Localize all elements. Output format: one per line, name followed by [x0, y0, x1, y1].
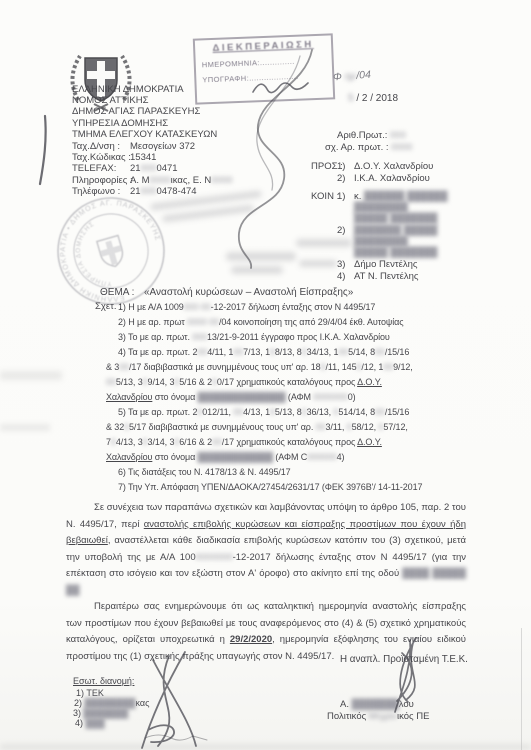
- dispatch-stamp-date-row: ΗΜΕΡΟΜΗΝΙΑ:..............: [202, 55, 332, 69]
- reference-line: 6) Τις διατάξεις του Ν. 4178/13 & Ν. 449…: [106, 465, 516, 480]
- cc-row: █████ ███████: [354, 247, 437, 258]
- references-list: 1) Η με Α/Α 1009000 00-12-2017 δήλωση έν…: [106, 300, 516, 495]
- margin-pen-stroke: [40, 116, 46, 184]
- dispatch-stamp-signature-row: ΥΠΟΓΡΑΦΗ:....................: [202, 70, 332, 84]
- scan-smudge: [226, 252, 296, 261]
- cc-row: 3)Δήμο Πεντέλης: [337, 259, 417, 270]
- reference-line: Χαλανδρίου στο όνομα ████████████ (ΑΦΜ C…: [106, 450, 516, 465]
- scan-edge-line: [521, 628, 522, 750]
- reference-line: 1) Η με Α/Α 1009000 00-12-2017 δήλωση έν…: [106, 300, 516, 315]
- scan-smudge: [299, 260, 337, 267]
- issuing-authority-block: ΕΛΛΗΝΙΚΗ ΔΗΜΟΚΡΑΤΙΑ ΝΟΜΟΣ ΑΤΤΙΚΗΣ ΔΗΜΟΣ …: [72, 84, 217, 140]
- pencil-scrawl: [145, 735, 207, 740]
- authority-line: ΔΗΜΟΣ ΑΓΙΑΣ ΠΑΡΑΣΚΕΥΗΣ: [72, 106, 217, 117]
- scanned-document-page: ΔΙΕΚΠΕΡΑΙΩΣΗ ΗΜΕΡΟΜΗΝΙΑ:.............. Υ…: [0, 0, 531, 750]
- recipient-item: 2)Ι.Κ.Α. Χαλανδρίου: [337, 173, 430, 184]
- scan-artifact-band: [0, 371, 62, 380]
- distribution-row: 1) ΤΕΚ: [76, 688, 104, 698]
- field-postal-code: Ταχ.Κώδικας :15341: [72, 152, 232, 163]
- dispatch-stamp-title: ΔΙΕΚΠΕΡΑΙΩΣΗ: [195, 38, 331, 54]
- reference-line: & 3205/17 διαβιβαστικά με συνημμένους το…: [106, 420, 516, 435]
- document-date: 5 / 2 / 2018: [348, 93, 398, 104]
- field-address: Ταχ.Δ/νση :Μεσογείων 372: [72, 141, 232, 152]
- scan-smudge: [231, 266, 283, 274]
- reference-line: 2) Η με αρ. πρωτ 0000 00/04 κοινοποίηση …: [106, 315, 516, 330]
- distribution-row: 2) ████████κας: [74, 698, 149, 708]
- reference-line: 5) Τα με αρ. πρωτ. 20012/11, 004/13, 105…: [106, 405, 516, 420]
- reference-line: 3) Το με αρ. πρωτ. 00013/21-9-2011 έγγρα…: [106, 330, 516, 345]
- letter-body: Σε συνέχεια των παραπάνω σχετικών και λα…: [66, 500, 466, 665]
- subject-text: «Αναστολή κυρώσεων – Αναστολή Είσπραξης»: [144, 287, 353, 298]
- subject-line: ΘΕΜΑ :«Αναστολή κυρώσεων – Αναστολή Είσπ…: [100, 287, 353, 298]
- authority-line: ΕΛΛΗΝΙΚΗ ΔΗΜΟΚΡΑΤΙΑ: [72, 84, 217, 95]
- reference-line: & 300/17 διαβιβαστικά με συνημμένους του…: [106, 360, 516, 375]
- cc-label: ΚΟΙΝ :: [311, 191, 339, 202]
- protocol-number: Αριθ.Πρωτ.: 000: [337, 130, 406, 141]
- cc-row: 4)ΑΤ Ν. Πεντέλης: [337, 271, 419, 282]
- related-protocol-number: σχ. Αρ. πρωτ. : 0000: [325, 142, 412, 153]
- cc-row: ████████: [354, 202, 408, 213]
- reference-line: 704/13, 303/14, 306/16 & 200/17 χρηματικ…: [106, 435, 516, 450]
- signatory-role: Η αναπλ. Προϊσταμένη Τ.Ε.Κ.: [340, 654, 468, 665]
- field-telefax: TELEFAX:210000471: [72, 163, 232, 174]
- internal-signature-scribble: [142, 652, 196, 748]
- recipient-item: 1)Δ.Ο.Υ. Χαλανδρίου: [337, 161, 433, 172]
- body-paragraph: Σε συνέχεια των παραπάνω σχετικών και λα…: [66, 500, 466, 599]
- cc-row: █████ ███████: [354, 213, 437, 224]
- cc-row: 2)███████ █████: [337, 225, 437, 236]
- reference-line: 7) Την Υπ. Απόφαση ΥΠΕΝ/ΔΑΟΚΑ/27454/2631…: [106, 480, 516, 495]
- internal-distribution-heading: Εσωτ. διανομή:: [73, 676, 134, 686]
- handwritten-file-number: Φ ημ/04: [333, 69, 372, 84]
- authority-line: ΤΜΗΜΑ ΕΛΕΓΧΟΥ ΚΑΤΑΣΚΕΥΩΝ: [72, 129, 217, 140]
- distribution-row: 4) ███: [75, 718, 105, 728]
- scan-smudge: [296, 239, 352, 247]
- cc-row: 1)κ. ██████ ██████: [337, 191, 447, 202]
- subject-label: ΘΕΜΑ :: [100, 287, 144, 298]
- authority-line: ΥΠΗΡΕΣΙΑ ΔΟΜΗΣΗΣ: [72, 118, 217, 129]
- signatory-name: Α. ███████λου: [340, 699, 414, 710]
- scan-edge-shadow: [0, 744, 531, 750]
- authority-line: ΝΟΜΟΣ ΑΤΤΙΚΗΣ: [72, 95, 217, 106]
- scan-artifact-band: [0, 424, 50, 431]
- reference-line: 005/13, 309/14, 305/16 & 200/17 χρηματικ…: [106, 375, 516, 390]
- signatory-title: Πολιτικός Μηχανικός ΠΕ: [327, 711, 429, 722]
- reference-line: 4) Τα με αρ. πρωτ. 2004/11, 1007/13, 108…: [106, 345, 516, 360]
- distribution-row: 3) ███████: [73, 708, 128, 718]
- cc-row: ████████: [354, 236, 408, 247]
- reference-line: Χαλανδρίου στο όνομα ██████████████ (ΑΦΜ…: [106, 390, 516, 405]
